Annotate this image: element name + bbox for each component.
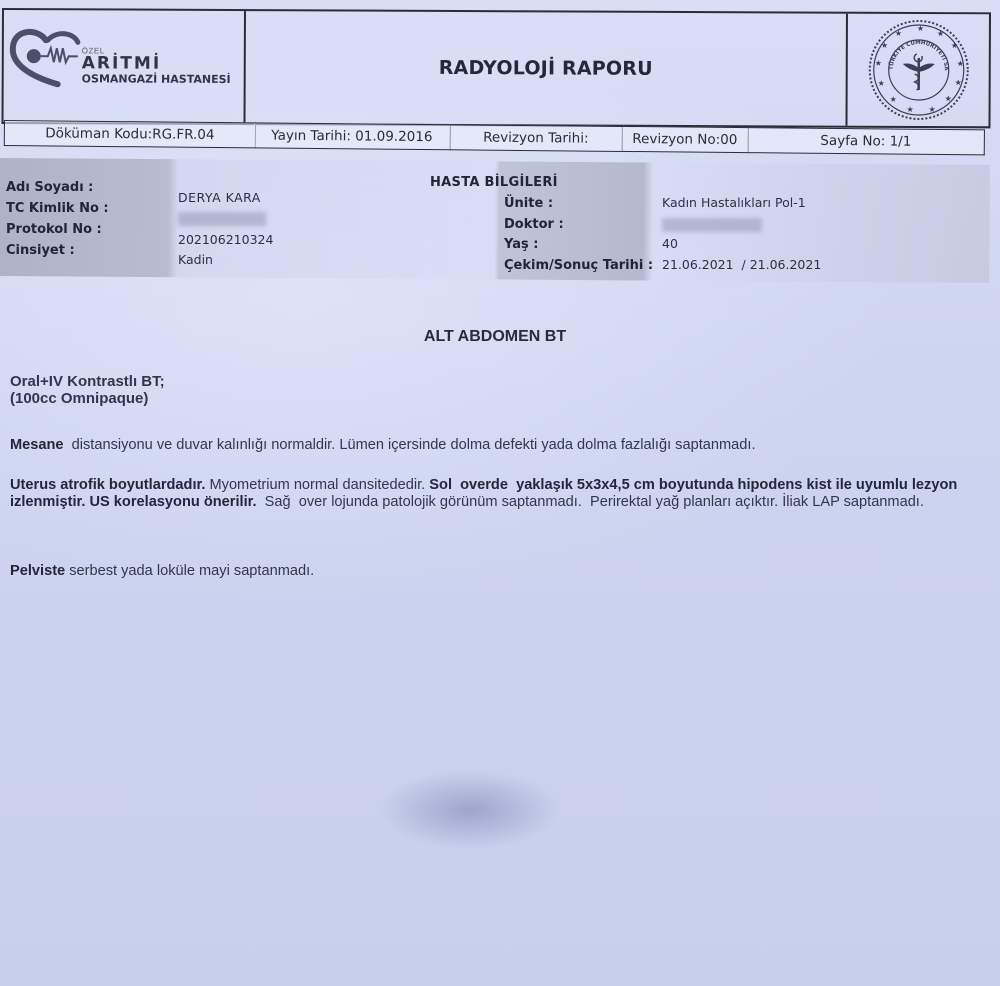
finding-pelvis: Pelviste serbest yada loküle mayi saptan… [10, 563, 995, 580]
technique-line-2: (100cc Omnipaque) [10, 390, 995, 407]
finding-right-ovary-text: Sağ over lojunda patolojik görünüm sapta… [257, 494, 924, 510]
tc-id-label: TC Kimlik No : [6, 201, 109, 216]
finding-bladder-subject: Mesane [10, 437, 64, 453]
svg-text:★: ★ [954, 78, 961, 87]
svg-text:★: ★ [874, 59, 881, 68]
svg-text:★: ★ [944, 94, 951, 103]
patient-name-label: Adı Soyadı : [6, 180, 93, 195]
page-number: Sayfa No: 1/1 [748, 127, 985, 155]
study-title: ALT ABDOMEN BT [0, 328, 990, 346]
gender-label: Cinsiyet : [6, 243, 75, 258]
finding-uterus-subject: Uterus atrofik boyutlardadır. [10, 477, 205, 493]
title-cell: RADYOLOJİ RAPORU [246, 11, 848, 126]
finding-bladder-text: distansiyonu ve duvar kalınlığı normaldi… [64, 437, 756, 453]
technique: Oral+IV Kontrastlı BT; (100cc Omnipaque) [10, 373, 995, 407]
doctor-label: Doktor : [504, 217, 564, 232]
revision-no: Revizyon No:00 [622, 126, 749, 153]
ministry-of-health-seal-icon: ★★★ ★★★ ★★★ ★★★ ★ TÜRKİYE CUMHURİYETİ SA… [866, 18, 970, 122]
svg-text:★: ★ [936, 29, 943, 38]
age-label: Yaş : [504, 237, 538, 252]
finding-pelvis-text: serbest yada loküle mayi saptanmadı. [65, 563, 314, 579]
svg-text:★: ★ [880, 41, 887, 50]
exam-date-value: 21.06.2021 / 21.06.2021 [662, 257, 821, 272]
finding-pelvis-subject: Pelviste [10, 563, 65, 579]
tc-id-redacted [178, 212, 266, 226]
svg-text:★: ★ [950, 41, 957, 50]
seal-cell: ★★★ ★★★ ★★★ ★★★ ★ TÜRKİYE CUMHURİYETİ SA… [847, 14, 988, 127]
protocol-no-value: 202106210324 [178, 232, 273, 247]
patient-name-value: DERYA KARA [178, 190, 261, 205]
age-value: 40 [662, 236, 678, 251]
revision-date: Revizyon Tarihi: [450, 124, 623, 152]
logo-name: ARİTMİ [82, 55, 231, 73]
document-code: Döküman Kodu:RG.FR.04 [4, 120, 256, 148]
svg-text:★: ★ [928, 105, 935, 114]
report-header: ÖZEL ARİTMİ OSMANGAZİ HASTANESİ RADYOLOJ… [1, 8, 990, 128]
publish-date: Yayın Tarihi: 01.09.2016 [254, 122, 451, 150]
technique-line-1: Oral+IV Kontrastlı BT; [10, 373, 995, 390]
hospital-logo: ÖZEL ARİTMİ OSMANGAZİ HASTANESİ [4, 10, 246, 123]
unit-value: Kadın Hastalıkları Pol-1 [662, 195, 806, 210]
doctor-redacted [662, 218, 762, 232]
logo-hospital-name: OSMANGAZİ HASTANESİ [82, 72, 231, 87]
svg-text:★: ★ [877, 79, 884, 88]
gender-value: Kadin [178, 252, 213, 267]
heart-ecg-icon [8, 26, 84, 88]
exam-date-label: Çekim/Sonuç Tarihi : [504, 258, 653, 273]
protocol-no-label: Protokol No : [6, 222, 102, 237]
svg-text:★: ★ [889, 95, 896, 104]
svg-text:★: ★ [906, 105, 913, 114]
svg-text:★: ★ [894, 29, 901, 38]
unit-label: Ünite : [504, 196, 553, 211]
finding-myometrium-text: Myometrium normal dansitededir. [205, 477, 429, 493]
svg-text:★: ★ [956, 59, 963, 68]
finding-bladder: Mesane distansiyonu ve duvar kalınlığı n… [10, 437, 995, 454]
finding-uterus-ovary: Uterus atrofik boyutlardadır. Myometrium… [10, 477, 990, 511]
patient-info-heading: HASTA BİLGİLERİ [430, 175, 558, 190]
svg-text:★: ★ [916, 24, 923, 33]
report-title: RADYOLOJİ RAPORU [439, 57, 653, 80]
